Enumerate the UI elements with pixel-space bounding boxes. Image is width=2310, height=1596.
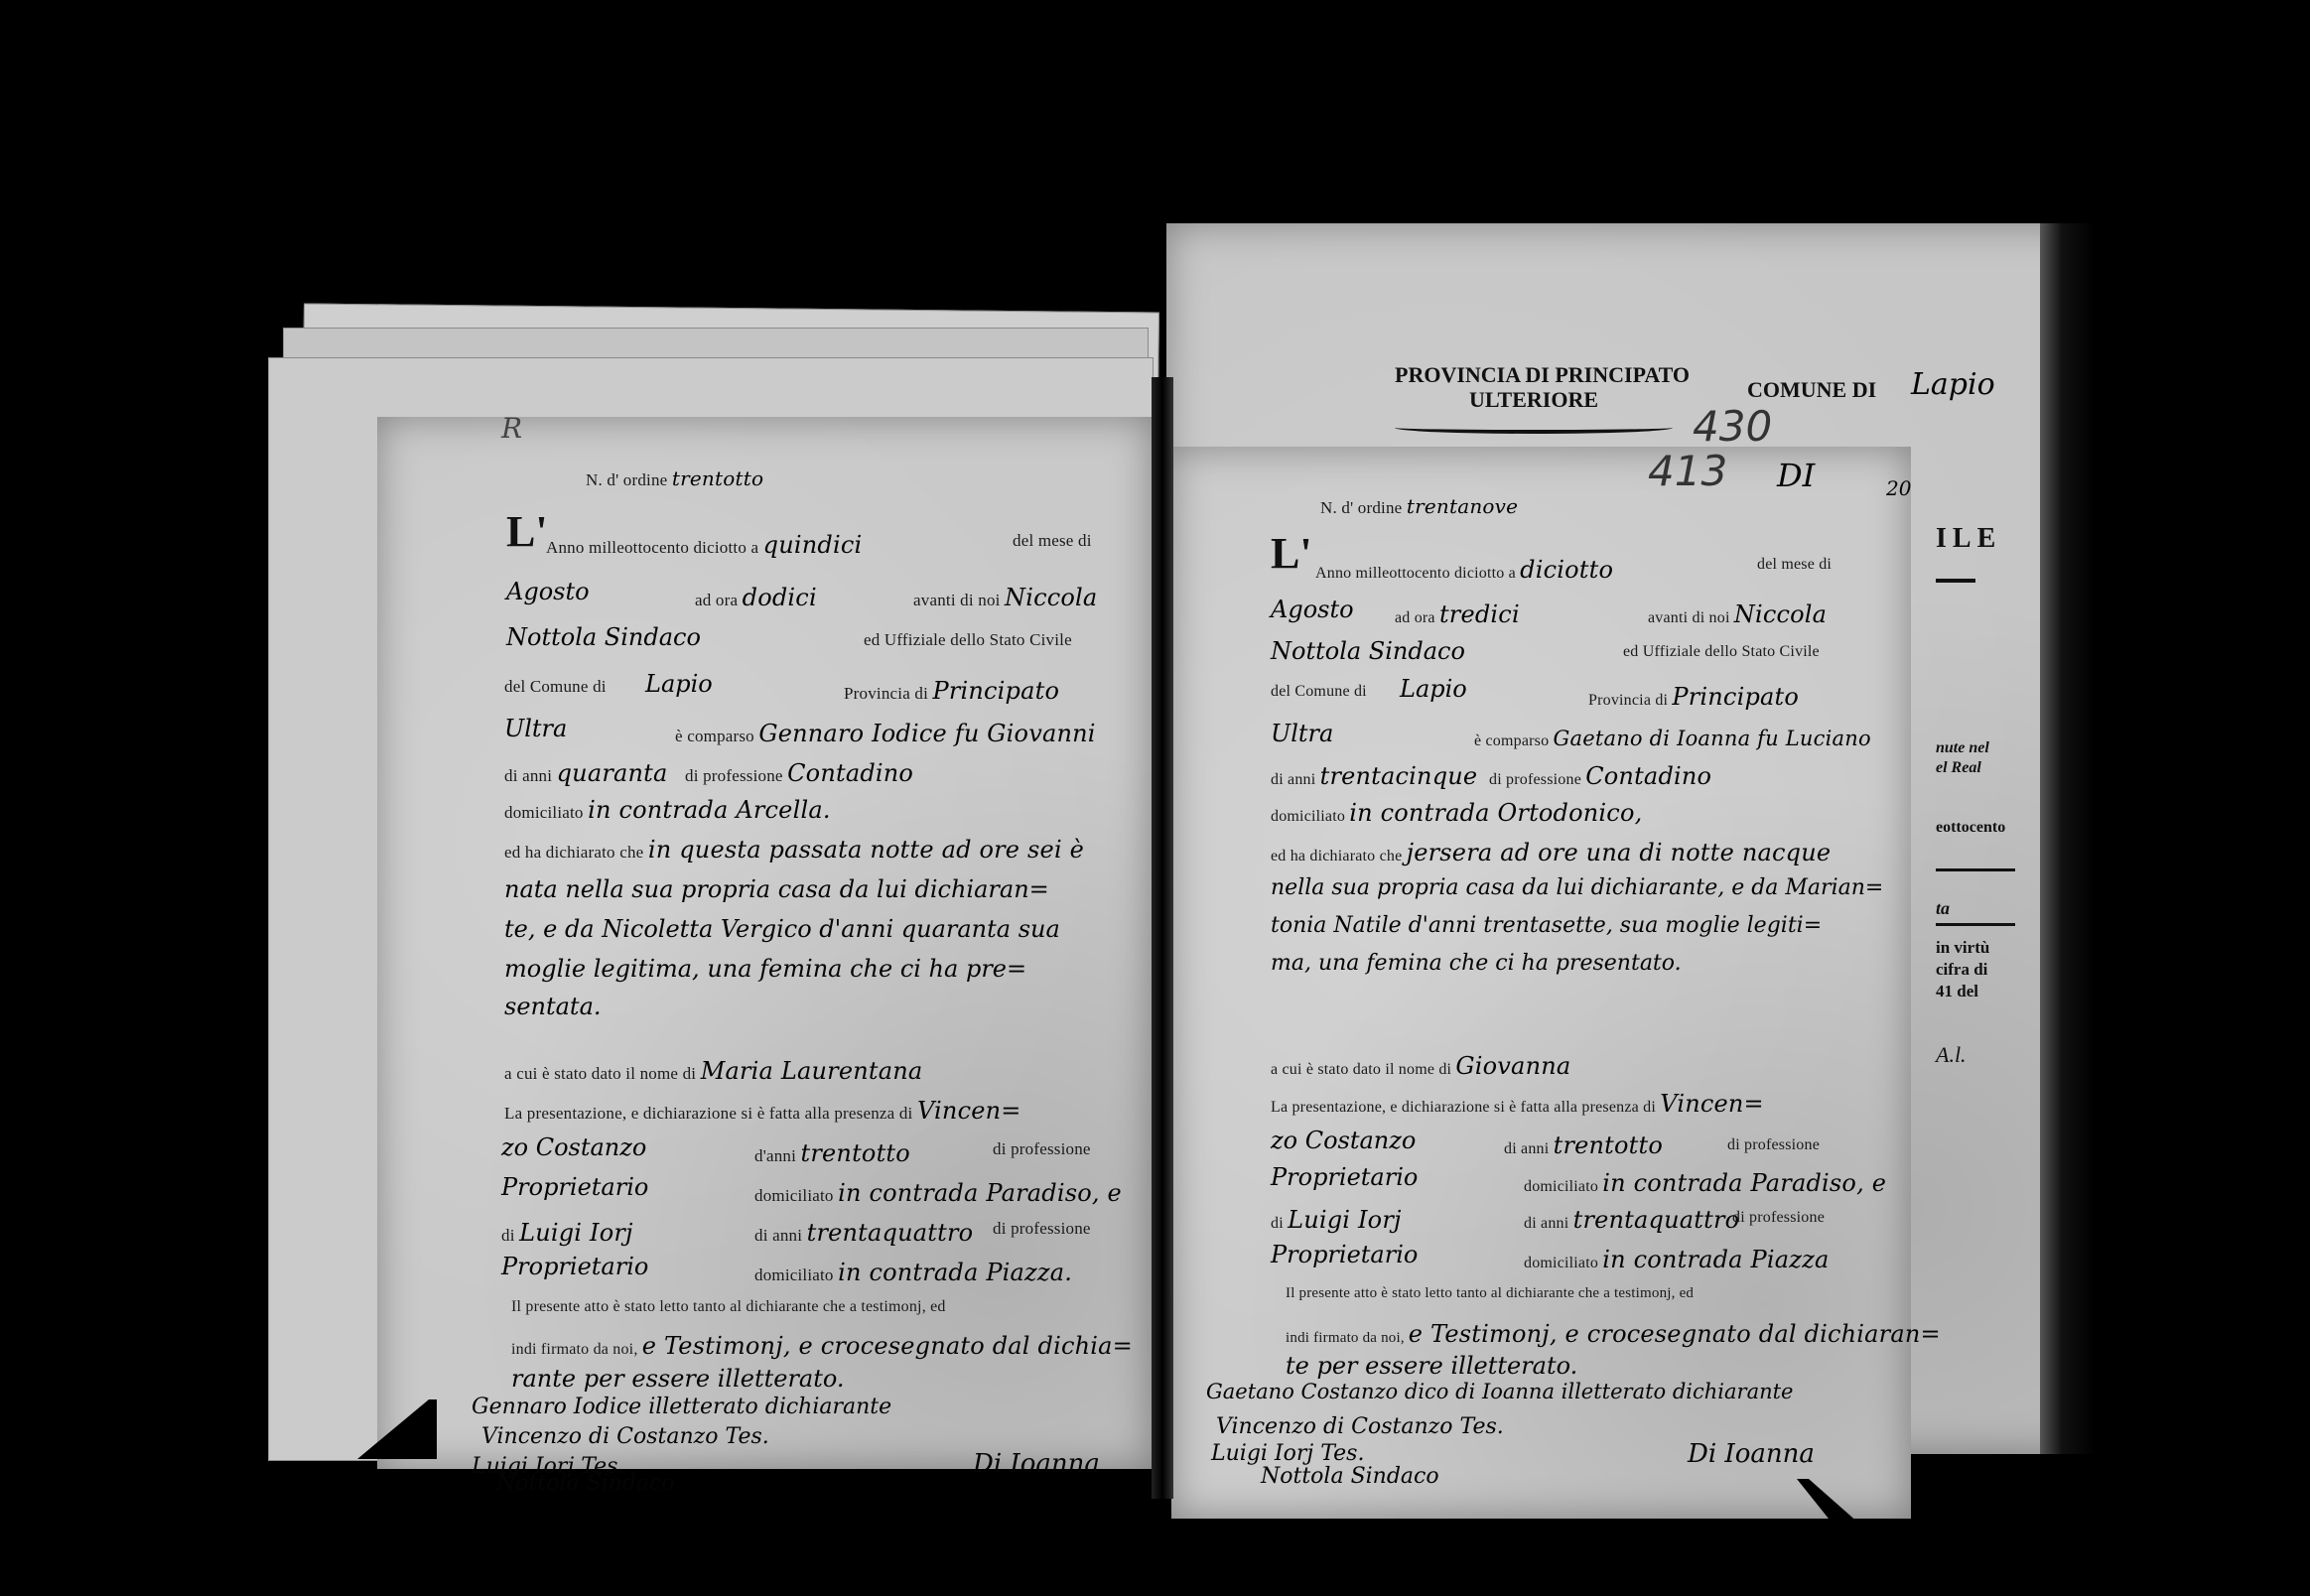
record-line: te, e da Nicoletta Vergico d'anni quaran… [504, 915, 1060, 943]
child-name: Giovanna [1455, 1052, 1570, 1080]
record-line: è comparso Gennaro Iodice fu Giovanni [675, 720, 1096, 747]
record-line: ed Uffiziale dello Stato Civile [864, 630, 1072, 650]
torn-edge [2040, 223, 2095, 1454]
province-heading: PROVINCIA DI PRINCIPATO [1395, 362, 1690, 388]
right-record-page: 413 DI 20 N. d' ordine trentanove L' Ann… [1171, 447, 1911, 1519]
edge-fragment: A.l. [1936, 1042, 1967, 1068]
presentation-line: La presentazione, e dichiarazione si è f… [504, 1097, 1021, 1125]
witness-line: d'anni trentotto [754, 1139, 910, 1167]
edge-fragment: ta [1936, 898, 1950, 919]
record-line: domiciliato in contrada Ortodonico, [1271, 799, 1642, 827]
child-name-line: a cui è stato dato il nome di Maria Laur… [504, 1057, 922, 1085]
signature: Vincenzo di Costanzo Tes. [1216, 1414, 1504, 1439]
record-line: avanti di noi Niccola [913, 584, 1097, 611]
closing-line: rante per essere illetterato. [511, 1365, 845, 1393]
record-line: Provincia di Principato [844, 677, 1059, 705]
edge-fragment: in virtù [1936, 938, 1989, 958]
closing-line: indi firmato da noi, e Testimonj, e croc… [511, 1332, 1133, 1360]
left-record-page: R N. d' ordine trentotto L' Anno milleot… [377, 417, 1152, 1469]
decorative-rule [1395, 422, 1673, 434]
order-number: trentanove [1407, 494, 1518, 518]
child-name: Maria Laurentana [701, 1057, 923, 1085]
witness-line: domiciliato in contrada Paradiso, e [754, 1179, 1122, 1207]
closing-line: indi firmato da noi, e Testimonj, e croc… [1286, 1320, 1941, 1348]
edge-fragment: el Real [1936, 759, 1981, 777]
edge-title: ILE [1936, 523, 2001, 555]
edge-rule [1936, 868, 2015, 871]
record-line: di professione Contadino [685, 759, 913, 787]
record-line: ma, una femina che ci ha presentato. [1271, 951, 1682, 976]
edge-rule [1936, 923, 2015, 926]
witness-line: Proprietario [1271, 1163, 1418, 1191]
witness-line: di professione [1727, 1136, 1820, 1154]
closing-line: te per essere illetterato. [1286, 1352, 1577, 1380]
record-line: Ultra [504, 715, 567, 742]
page-number: 20 [1886, 476, 1911, 500]
witness-line: di professione [993, 1219, 1091, 1239]
witness-line: domiciliato in contrada Piazza. [754, 1259, 1072, 1286]
signature: Nottola Sindaco [1261, 1464, 1439, 1489]
witness-line: di professione [1732, 1209, 1825, 1227]
record-line: del mese di [1013, 531, 1092, 551]
record-line: Provincia di Principato [1588, 683, 1799, 711]
record-line: di anni trentacinque [1271, 762, 1477, 790]
signature: Di Ioanna [1688, 1439, 1815, 1469]
order-number: trentotto [672, 466, 763, 490]
signature: Gaetano Costanzo dico di Ioanna illetter… [1206, 1380, 1794, 1403]
record-line: tonia Natile d'anni trentasette, sua mog… [1271, 913, 1822, 938]
edge-rule [1936, 579, 1975, 583]
initial-letter: L' [506, 506, 548, 557]
record-line: Anno milleottocento diciotto a quindici [546, 531, 862, 559]
record-line: nella sua propria casa da lui dichiarant… [1271, 875, 1883, 900]
record-line: ad ora dodici [695, 584, 817, 611]
edge-fragment: nute nel [1936, 739, 1989, 757]
record-line: ed Uffiziale dello Stato Civile [1623, 643, 1820, 661]
presentation-line: La presentazione, e dichiarazione si è f… [1271, 1090, 1764, 1118]
record-line: moglie legitima, una femina che ci ha pr… [504, 955, 1026, 983]
witness-line: domiciliato in contrada Piazza [1524, 1246, 1829, 1273]
order-label: N. d' ordine trentotto [586, 466, 763, 490]
record-line: Ultra [1271, 720, 1333, 747]
signature: Luigi Iorj Tes. [1211, 1441, 1364, 1466]
record-line: ed ha dichiarato che jersera ad ore una … [1271, 839, 1831, 866]
record-line: Nottola Sindaco [1271, 637, 1465, 665]
witness-line: Proprietario [1271, 1241, 1418, 1268]
record-line: avanti di noi Niccola [1648, 600, 1827, 628]
book-gutter [1152, 377, 1173, 1499]
record-line: di professione Contadino [1489, 762, 1711, 790]
witness-line: Proprietario [501, 1173, 648, 1201]
order-label-text: N. d' ordine [586, 470, 667, 489]
record-line: ad ora tredici [1395, 600, 1520, 628]
record-line: del Comune di [504, 677, 607, 697]
witness-line: di anni trentaquattro [1524, 1206, 1739, 1234]
edge-fragment: eottocento [1936, 819, 2005, 837]
stamp-number: 413 [1648, 447, 1727, 495]
side-mark: R [501, 412, 522, 445]
edge-fragment: 41 del [1936, 982, 1978, 1001]
witness-line: domiciliato in contrada Paradiso, e [1524, 1169, 1886, 1197]
record-line: del Comune di [1271, 683, 1367, 701]
order-label: N. d' ordine trentanove [1320, 494, 1518, 518]
witness-line: Proprietario [501, 1253, 648, 1280]
signature: Gennaro Iodice illetterato dichiarante [472, 1395, 891, 1419]
record-line: Agosto [506, 578, 590, 605]
edge-fragment: cifra di [1936, 960, 1987, 980]
witness-line: di Luigi Iorj [1271, 1206, 1402, 1234]
page-mark: DI [1777, 457, 1815, 494]
record-line: nata nella sua propria casa da lui dichi… [504, 875, 1049, 903]
record-line: Agosto [1271, 596, 1354, 623]
witness-line: zo Costanzo [501, 1133, 646, 1161]
initial-letter: L' [1271, 528, 1312, 579]
child-name-line: a cui è stato dato il nome di Giovanna [1271, 1052, 1570, 1080]
witness-line: di anni trentaquattro [754, 1219, 973, 1247]
comune-value: Lapio [1911, 367, 1995, 402]
signature: Nottola Sindaco [496, 1471, 675, 1496]
closing-line: Il presente atto è stato letto tanto al … [1286, 1285, 1694, 1302]
record-line: domiciliato in contrada Arcella. [504, 796, 831, 824]
record-line: Anno milleottocento diciotto a diciotto [1315, 556, 1613, 584]
witness-line: zo Costanzo [1271, 1127, 1416, 1154]
witness-line: di professione [993, 1139, 1091, 1159]
signature: Vincenzo di Costanzo Tes. [481, 1424, 769, 1449]
record-line: sentata. [504, 993, 602, 1020]
witness-line: di Luigi Iorj [501, 1219, 633, 1247]
stamp-number: 430 [1693, 402, 1772, 451]
comune-label: COMUNE DI [1747, 377, 1876, 403]
record-line: Lapio [645, 670, 713, 698]
record-line: del mese di [1757, 556, 1832, 574]
record-line: è comparso Gaetano di Ioanna fu Luciano [1474, 727, 1871, 750]
witness-line: di anni trentotto [1504, 1131, 1663, 1159]
record-line: Lapio [1400, 675, 1467, 703]
closing-line: Il presente atto è stato letto tanto al … [511, 1298, 946, 1316]
record-line: Nottola Sindaco [506, 623, 701, 651]
signature: Di Ioanna [973, 1449, 1100, 1479]
record-line: ed ha dichiarato che in questa passata n… [504, 836, 1084, 864]
province-heading-line2: ULTERIORE [1469, 387, 1598, 413]
record-line: di anni quaranta [504, 759, 668, 787]
